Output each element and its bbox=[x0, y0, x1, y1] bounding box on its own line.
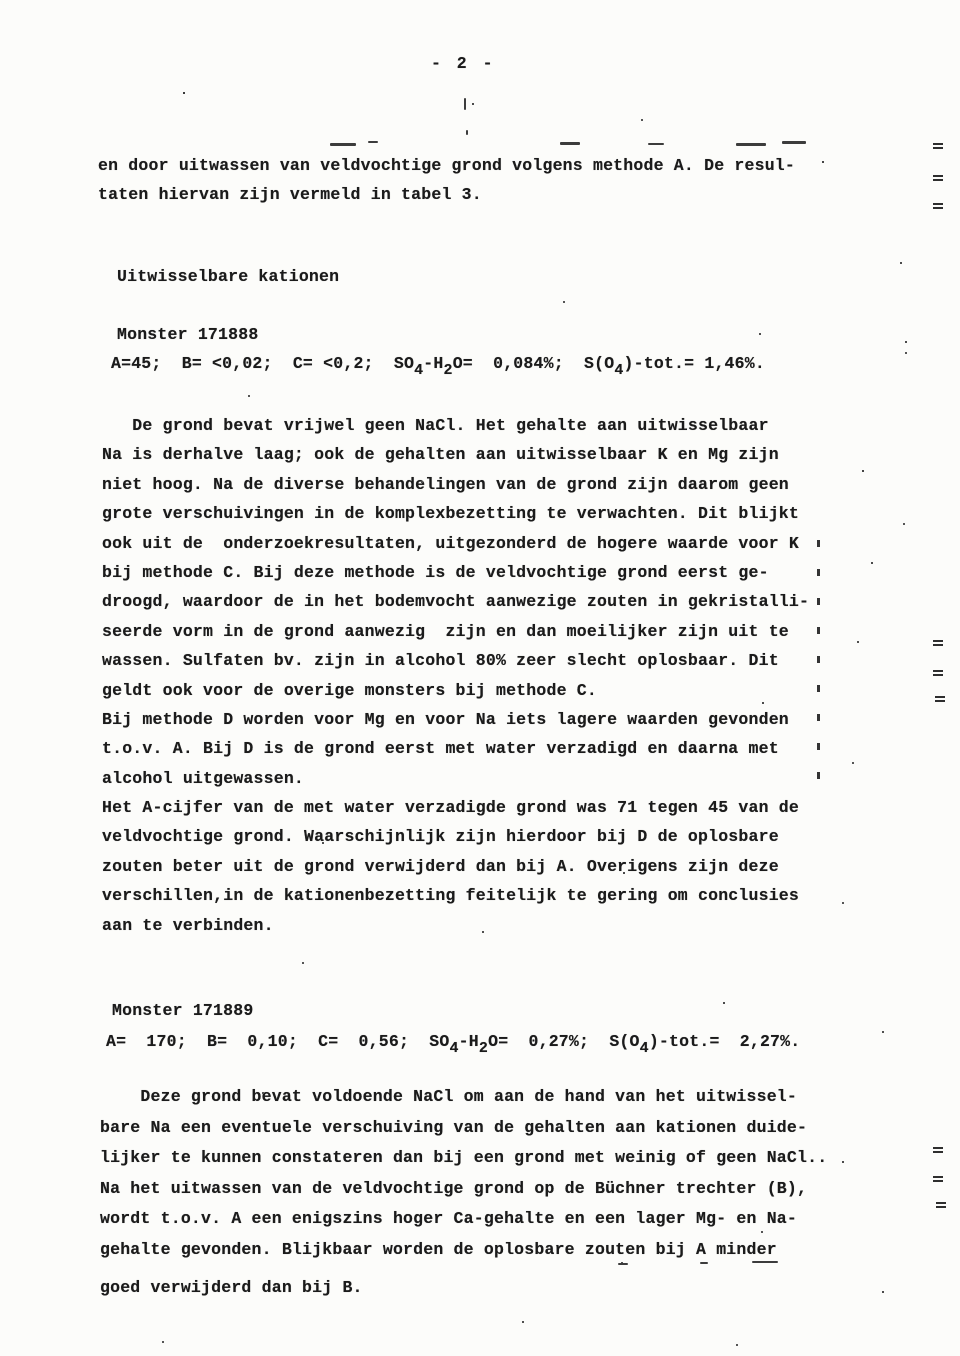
sample-1-analysis-line: A=45; B= <0,02; C= <0,2; SO4-H2O= 0,084%… bbox=[111, 349, 765, 383]
text-line: wassen. Sulfaten bv. zijn in alcohol 80%… bbox=[102, 646, 809, 675]
text-line: goed verwijderd dan bij B. bbox=[100, 1273, 827, 1304]
text-line: grote verschuivingen in de komplexbezett… bbox=[102, 499, 809, 528]
text-line: zouten beter uit de grond verwijderd dan… bbox=[102, 852, 809, 881]
scan-specks bbox=[0, 0, 2, 2]
text-line: geldt ook voor de overige monsters bij m… bbox=[102, 676, 809, 705]
text-segment: )-tot.= 2,27%. bbox=[649, 1032, 801, 1051]
text-segment: O= 0,27%; S(O bbox=[488, 1032, 640, 1051]
text-line: Deze grond bevat voldoende NaCl om aan d… bbox=[100, 1082, 827, 1113]
text-line: bare Na een eventuele verschuiving van d… bbox=[100, 1113, 827, 1144]
scan-dash bbox=[736, 143, 766, 146]
scan-margin-mark bbox=[933, 143, 943, 151]
text-line: bij methode C. Bij deze methode is de ve… bbox=[102, 558, 809, 587]
subscript-segment: 2 bbox=[479, 1040, 488, 1057]
page-number: - 2 - bbox=[431, 54, 496, 73]
scan-dash bbox=[648, 143, 664, 145]
text-line: verschillen,in de kationenbezetting feit… bbox=[102, 881, 809, 910]
scan-margin-mark bbox=[933, 670, 943, 678]
sample-2-label: Monster 171889 bbox=[112, 996, 253, 1025]
text-line: alcohol uitgewassen. bbox=[102, 764, 809, 793]
text-line: lijker te kunnen constateren dan bij een… bbox=[100, 1143, 827, 1174]
scan-dash bbox=[618, 1263, 628, 1265]
text-line: veldvochtige grond. Waarschijnlijk zijn … bbox=[102, 822, 809, 851]
text-line: gehalte gevonden. Blijkbaar worden de op… bbox=[100, 1235, 827, 1266]
text-segment: -H bbox=[423, 354, 443, 373]
text-line: en door uitwassen van veldvochtige grond… bbox=[98, 151, 795, 180]
text-line: wordt t.o.v. A een enigszins hoger Ca-ge… bbox=[100, 1204, 827, 1235]
sample-2-analysis-line: A= 170; B= 0,10; C= 0,56; SO4-H2O= 0,27%… bbox=[106, 1027, 800, 1061]
text-line: De grond bevat vrijwel geen NaCl. Het ge… bbox=[102, 411, 809, 440]
text-line: ook uit de onderzoekresultaten, uitgezon… bbox=[102, 529, 809, 558]
text-line: t.o.v. A. Bij D is de grond eerst met wa… bbox=[102, 734, 809, 763]
text-segment: )-tot.= 1,46%. bbox=[624, 354, 765, 373]
scan-margin-mark bbox=[933, 175, 943, 183]
scan-dash bbox=[330, 143, 356, 146]
section-heading: Uitwisselbare kationen bbox=[117, 262, 339, 291]
subscript-segment: 4 bbox=[449, 1040, 458, 1057]
sample-2-discussion: Deze grond bevat voldoende NaCl om aan d… bbox=[100, 1082, 827, 1303]
scan-margin-mark bbox=[933, 640, 943, 648]
scan-fleck bbox=[464, 98, 466, 110]
scan-dash bbox=[782, 141, 806, 144]
text-segment: -H bbox=[459, 1032, 479, 1051]
scan-margin-mark bbox=[933, 1176, 943, 1184]
scan-dash bbox=[700, 1262, 708, 1264]
sample-1-discussion: De grond bevat vrijwel geen NaCl. Het ge… bbox=[102, 411, 809, 940]
scan-fleck bbox=[466, 130, 468, 135]
text-segment: A= 170; B= 0,10; C= 0,56; SO bbox=[106, 1032, 449, 1051]
scan-margin-mark bbox=[933, 203, 943, 211]
text-line: Bij methode D worden voor Mg en voor Na … bbox=[102, 705, 809, 734]
text-line: Na het uitwassen van de veldvochtige gro… bbox=[100, 1174, 827, 1205]
text-line: niet hoog. Na de diverse behandelingen v… bbox=[102, 470, 809, 499]
text-line: seerde vorm in de grond aanwezig zijn en… bbox=[102, 617, 809, 646]
scan-margin-mark bbox=[935, 696, 945, 704]
text-line: Het A-cijfer van de met water verzadigde… bbox=[102, 793, 809, 822]
subscript-segment: 4 bbox=[614, 362, 623, 379]
text-line: taten hiervan zijn vermeld in tabel 3. bbox=[98, 180, 795, 209]
subscript-segment: 4 bbox=[640, 1040, 649, 1057]
scan-dash bbox=[368, 141, 378, 143]
scanned-document-page: - 2 - en door uitwassen van veldvochtige… bbox=[0, 0, 960, 1356]
scan-dotted-line bbox=[817, 540, 820, 792]
scan-dash bbox=[752, 1261, 778, 1263]
sample-1-label: Monster 171888 bbox=[117, 320, 258, 349]
text-line: Na is derhalve laag; ook de gehalten aan… bbox=[102, 440, 809, 469]
text-line: droogd, waardoor de in het bodemvocht aa… bbox=[102, 587, 809, 616]
scan-margin-mark bbox=[936, 1202, 946, 1210]
text-segment: O= 0,084%; S(O bbox=[453, 354, 615, 373]
subscript-segment: 4 bbox=[414, 362, 423, 379]
scan-dash bbox=[560, 142, 580, 145]
scan-margin-mark bbox=[933, 1147, 943, 1155]
text-line: aan te verbinden. bbox=[102, 911, 809, 940]
text-segment: A=45; B= <0,02; C= <0,2; SO bbox=[111, 354, 414, 373]
subscript-segment: 2 bbox=[443, 362, 452, 379]
intro-paragraph: en door uitwassen van veldvochtige grond… bbox=[98, 151, 795, 210]
